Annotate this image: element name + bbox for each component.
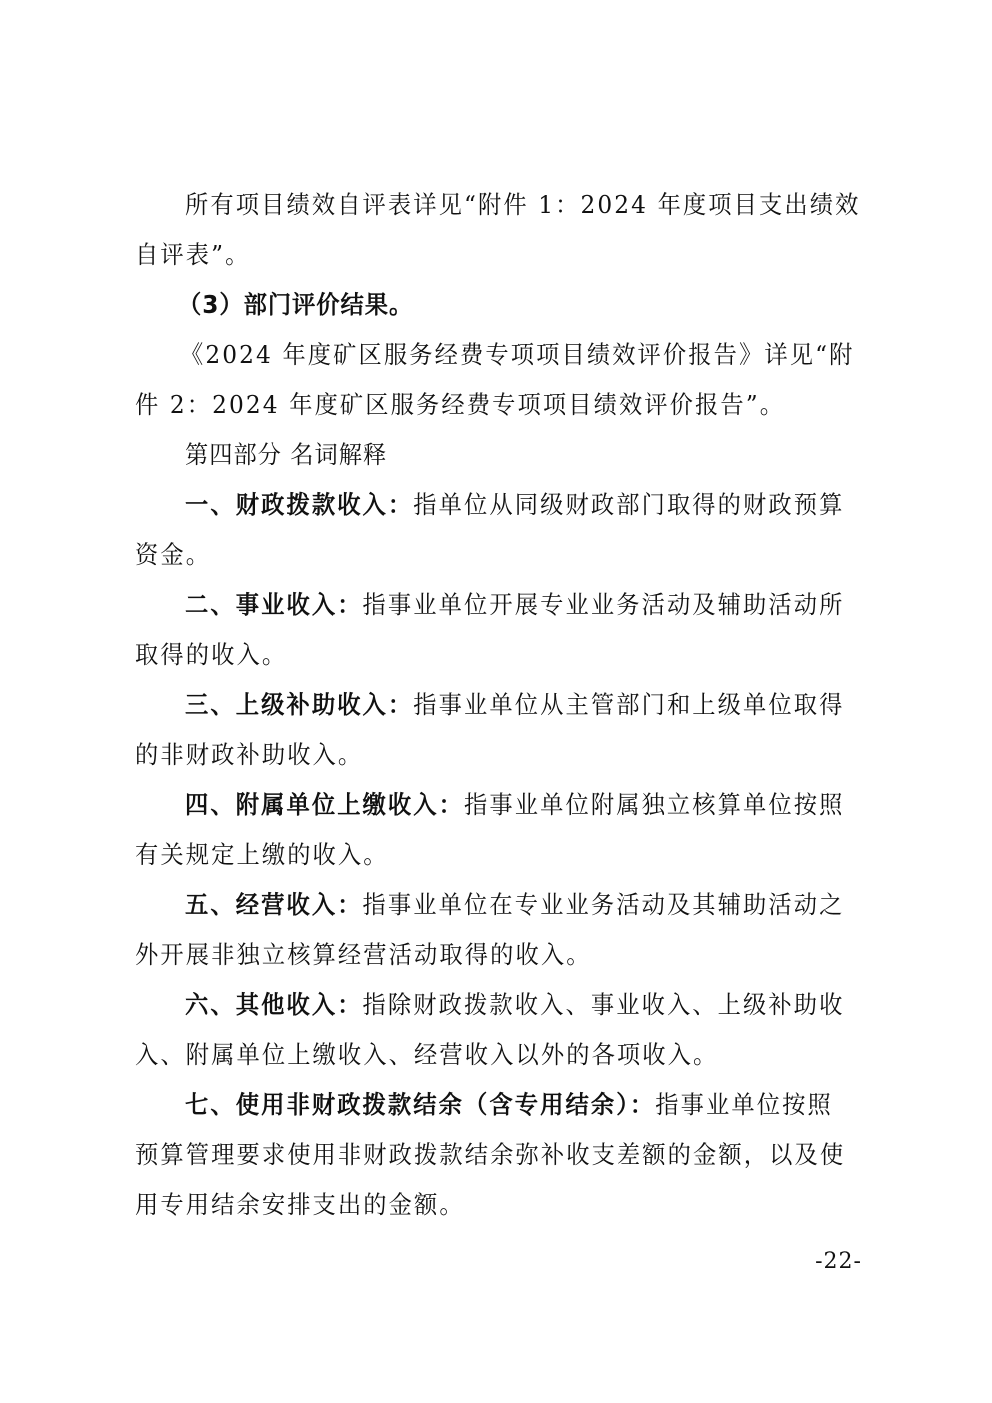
term-3-label: 三、上级补助收入： [185,690,413,719]
term-5-definition: 指事业单位在专业业务活动及其辅助活动之 [363,890,845,919]
paragraph-attachment2-line1: 《2024 年度矿区服务经费专项项目绩效评价报告》详见“附 [180,338,826,372]
paragraph-attachment1-line2: 自评表”。 [135,238,829,272]
term-5-line2: 外开展非独立核算经营活动取得的收入。 [135,938,829,972]
term-4-line1: 四、附属单位上缴收入：指事业单位附属独立核算单位按照 [185,788,831,822]
term-3-definition: 指事业单位从主管部门和上级单位取得 [413,690,844,719]
term-3-line2: 的非财政补助收入。 [135,738,829,772]
term-2-label: 二、事业收入： [185,590,363,619]
term-1-line2: 资金。 [135,538,829,572]
term-4-definition: 指事业单位附属独立核算单位按照 [464,790,844,819]
term-7-line2: 预算管理要求使用非财政拨款结余弥补收支差额的金额，以及使 [135,1138,829,1172]
paragraph-attachment2-line2: 件 2：2024 年度矿区服务经费专项项目绩效评价报告”。 [135,388,829,422]
page-number: -22- [815,1247,862,1277]
term-6-line1: 六、其他收入：指除财政拨款收入、事业收入、上级补助收 [185,988,831,1022]
term-5-line1: 五、经营收入：指事业单位在专业业务活动及其辅助活动之 [185,888,831,922]
term-7-line1: 七、使用非财政拨款结余（含专用结余）：指事业单位按照 [185,1088,831,1122]
term-6-definition: 指除财政拨款收入、事业收入、上级补助收 [363,990,845,1019]
section-3-heading: （3）部门评价结果。 [178,288,872,322]
term-1-line1: 一、财政拨款收入：指单位从同级财政部门取得的财政预算 [185,488,831,522]
term-7-line3: 用专用结余安排支出的金额。 [135,1188,829,1222]
document-page: 所有项目绩效自评表详见“附件 1：2024 年度项目支出绩效 自评表”。 （3）… [0,0,992,1403]
part4-heading: 第四部分 名词解释 [185,438,831,472]
term-1-label: 一、财政拨款收入： [185,490,413,519]
term-4-label: 四、附属单位上缴收入： [185,790,464,819]
term-7-label: 七、使用非财政拨款结余（含专用结余）： [185,1090,655,1119]
term-4-line2: 有关规定上缴的收入。 [135,838,829,872]
term-6-line2: 入、附属单位上缴收入、经营收入以外的各项收入。 [135,1038,829,1072]
term-5-label: 五、经营收入： [185,890,363,919]
term-7-definition: 指事业单位按照 [655,1090,833,1119]
paragraph-attachment1-line1: 所有项目绩效自评表详见“附件 1：2024 年度项目支出绩效 [185,188,831,222]
term-1-definition: 指单位从同级财政部门取得的财政预算 [413,490,844,519]
term-2-line2: 取得的收入。 [135,638,829,672]
term-3-line1: 三、上级补助收入：指事业单位从主管部门和上级单位取得 [185,688,831,722]
term-6-label: 六、其他收入： [185,990,363,1019]
term-2-line1: 二、事业收入：指事业单位开展专业业务活动及辅助活动所 [185,588,831,622]
term-2-definition: 指事业单位开展专业业务活动及辅助活动所 [363,590,845,619]
